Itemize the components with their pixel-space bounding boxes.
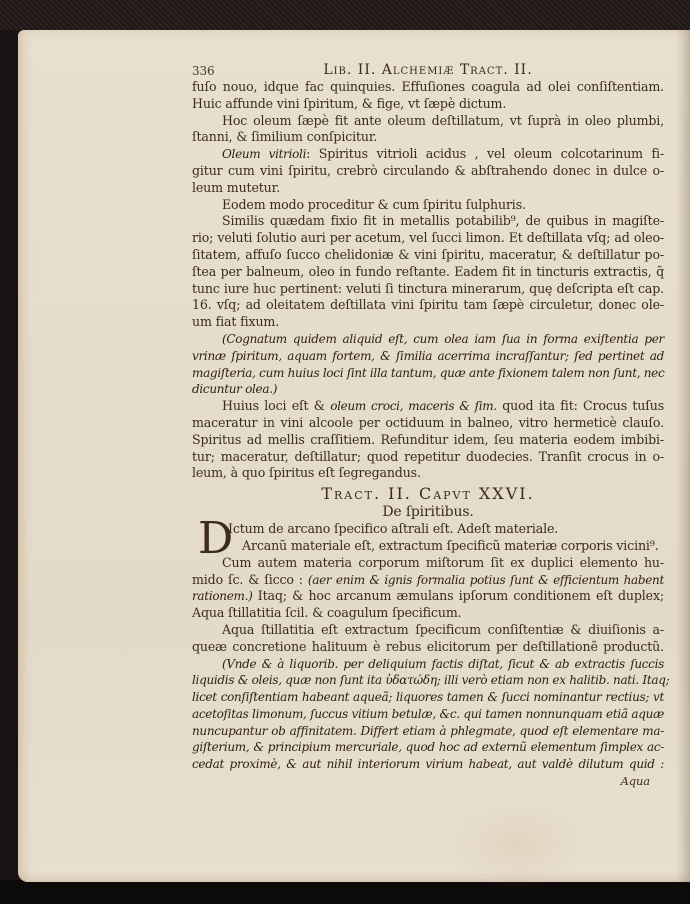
text-line: Eodem modo proceditur & cum ſpiritu ſulp… [192, 197, 664, 214]
chapter-opening: D Ictum de arcano ſpecifico aſtrali eſt.… [192, 521, 664, 555]
text-line: ſitatem, affuſo ſucco chelidoniæ & vini … [192, 247, 664, 264]
text-line: Huic affunde vini ſpiritum, & fige, vt ſ… [192, 96, 664, 113]
paragraph-vitrioli: Oleum vitrioli: Spiritus vitrioli acidus… [192, 146, 664, 163]
text-run: quod ita fit: Crocus tuſus [497, 398, 664, 413]
italic-note-line: licet conſiſtentiam habeant aqueã; liquo… [192, 689, 664, 706]
text-line: tunc iure huc pertinent: veluti ſi tinct… [192, 281, 664, 298]
text-run: mido ſc. & ſicco : [192, 572, 308, 587]
italic-term: oleum croci, maceris & ſim. [330, 399, 497, 413]
text-line: Aqua ſtillatitia ſcil. & coagulum ſpecif… [192, 605, 664, 622]
italic-note-line: (Cognatum quidem aliquid eſt, cum olea i… [192, 331, 664, 348]
text-line: Similis quædam fixio fit in metallis pot… [192, 213, 664, 230]
text-line: rio; veluti ſolutio auri per acetum, vel… [192, 230, 664, 247]
text-line: 16. vſq; ad oleitatem deſtillata vini ſp… [192, 297, 664, 314]
text-line: tur; maceratur, deſtillatur; quod repeti… [192, 449, 664, 466]
drop-cap: D [198, 519, 233, 559]
text-run: Itaq; & hoc arcanum æmulans ipſorum cond… [252, 588, 664, 603]
italic-note-line: magiſteria, cum huius loci ſint illa tan… [192, 365, 664, 382]
running-head: 336 Lib. II. Alchemiæ Tract. II. [192, 62, 664, 79]
text-line: Hoc oleum ſæpè fit ante oleum deſtillatu… [192, 113, 664, 130]
text-line: Spiritus ad mellis craſſitiem. Refunditu… [192, 432, 664, 449]
italic-note-line: nuncupantur ob affinitatem. Differt etia… [192, 723, 664, 740]
text-line: queæ concretione halituum è rebus elicit… [192, 639, 664, 656]
text-run: Huius loci eſt & [222, 398, 330, 413]
chapter-subtitle: De ſpiritibus. [192, 503, 664, 521]
paragraph-croci: Huius loci eſt & oleum croci, maceris & … [192, 398, 664, 415]
text-line: ſtanni, & ſimilium conſpicitur. [192, 129, 664, 146]
text-line: leum mutetur. [192, 180, 664, 197]
chapter-title: Tract. II. Capvt XXVI. [192, 484, 664, 503]
mixed-line: mido ſc. & ſicco : (aer enim & ignis for… [192, 572, 664, 589]
book-cover-top [0, 0, 690, 30]
text-line: Arcanũ materiale eſt, extractum ſpecific… [192, 538, 664, 555]
page-text: 336 Lib. II. Alchemiæ Tract. II. fuſo no… [192, 62, 664, 790]
text-line: maceratur in vini alcoole per octiduum i… [192, 415, 664, 432]
mixed-line: rationem.) Itaq; & hoc arcanum æmulans i… [192, 588, 664, 605]
text-line: Ictum de arcano ſpecifico aſtrali eſt. A… [192, 521, 664, 538]
italic-note-line: (Vnde & à liquorib. per deliquium factis… [192, 656, 664, 673]
italic-note-line: vrinæ ſpiritum, aquam fortem, & ſimilia … [192, 348, 664, 365]
text-line: Aqua ſtillatitia eſt extractum ſpecificu… [192, 622, 664, 639]
text-line: Cum autem materia corporum miſtorum ſit … [192, 555, 664, 572]
text-line: fuſo nouo, idque fac quinquies. Effuſion… [192, 79, 664, 96]
italic-note-line: dicuntur olea.) [192, 381, 664, 398]
italic-run: (aer enim & ignis formalia potius ſunt &… [308, 573, 664, 587]
catchword: Aqua [192, 773, 664, 790]
italic-note-line: giſterium, & principium mercuriale, quod… [192, 739, 664, 756]
paper-stain [448, 800, 588, 890]
text-line: leum, à quo ſpiritus eſt ſegregandus. [192, 465, 664, 482]
italic-note-line: acetoſitas limonum, ſuccus vitium betulæ… [192, 706, 664, 723]
italic-term: Oleum vitrioli [222, 147, 306, 161]
text-line: gitur cum vini ſpiritu, crebrò circuland… [192, 163, 664, 180]
italic-run: rationem.) [192, 589, 252, 603]
text-line: um fiat fixum. [192, 314, 664, 331]
book-cover-bottom [0, 880, 690, 904]
italic-note-line: liquidis & oleis, quæ non ſunt ita ὑδατώ… [192, 672, 664, 689]
text-line: ſtea per balneum, oleo in fundo reſtante… [192, 264, 664, 281]
text-run: : Spiritus vitrioli acidus , vel oleum c… [306, 146, 664, 161]
running-head-title: Lib. II. Alchemiæ Tract. II. [192, 62, 664, 79]
italic-note-line: cedat proximè, & aut nihil interiorum vi… [192, 756, 664, 773]
